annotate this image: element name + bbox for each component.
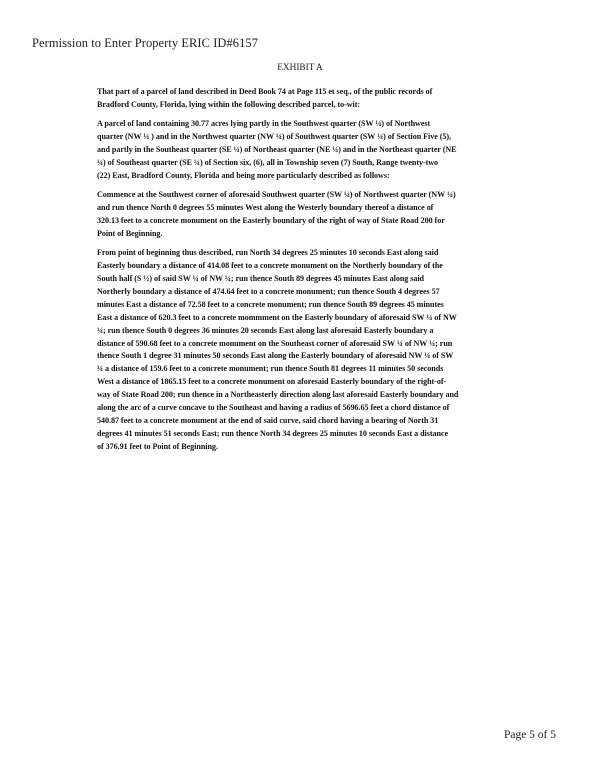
exhibit-heading: EXHIBIT A [0,63,600,73]
text-line: ¼ a distance of 159.6 feet to a concrete… [97,363,517,376]
text-line: way of State Road 200; run thence in a N… [97,389,517,402]
legal-description-body: That part of a parcel of land described … [97,86,517,454]
text-line: A parcel of land containing 30.77 acres … [97,118,517,131]
text-line: Bradford County, Florida, lying within t… [97,99,517,112]
text-line: quarter (NW ¼ ) and in the Northwest qua… [97,131,517,144]
text-line: ¼) of Southeast quarter (SE ¼) of Sectio… [97,157,517,170]
paragraph-metes-and-bounds: From point of beginning thus described, … [97,247,517,453]
text-line: Point of Beginning. [97,228,517,241]
text-line: thence South 1 degree 31 minutes 50 seco… [97,350,517,363]
text-line: West a distance of 1865.15 feet to a con… [97,376,517,389]
paragraph-commencement: Commence at the Southwest corner of afor… [97,189,517,241]
paragraph-parcel-description: A parcel of land containing 30.77 acres … [97,118,517,182]
text-line: South half (S ½) of said SW ¼ of NW ¼; r… [97,273,517,286]
text-line: degrees 41 minutes 51 seconds East; run … [97,428,517,441]
text-line: Commence at the Southwest corner of afor… [97,189,517,202]
text-line: of 376.91 feet to Point of Beginning. [97,441,517,454]
text-line: Northerly boundary a distance of 474.64 … [97,286,517,299]
text-line: and partly in the Southeast quarter (SE … [97,144,517,157]
text-line: ¼; run thence South 0 degrees 36 minutes… [97,325,517,338]
text-line: and run thence North 0 degrees 55 minute… [97,202,517,215]
text-line: (22) East, Bradford County, Florida and … [97,170,517,183]
paragraph-intro: That part of a parcel of land described … [97,86,517,112]
text-line: distance of 590.68 feet to a concrete mo… [97,338,517,351]
text-line: 540.87 feet to a concrete monument at th… [97,415,517,428]
text-line: East a distance of 620.3 feet to a concr… [97,312,517,325]
page-number-footer: Page 5 of 5 [504,729,556,741]
document-header-title: Permission to Enter Property ERIC ID#615… [32,36,258,51]
text-line: 320.13 feet to a concrete monument on th… [97,215,517,228]
text-line: That part of a parcel of land described … [97,86,517,99]
text-line: From point of beginning thus described, … [97,247,517,260]
text-line: minutes East a distance of 72.58 feet to… [97,299,517,312]
text-line: along the arc of a curve concave to the … [97,402,517,415]
text-line: Easterly boundary a distance of 414.08 f… [97,260,517,273]
